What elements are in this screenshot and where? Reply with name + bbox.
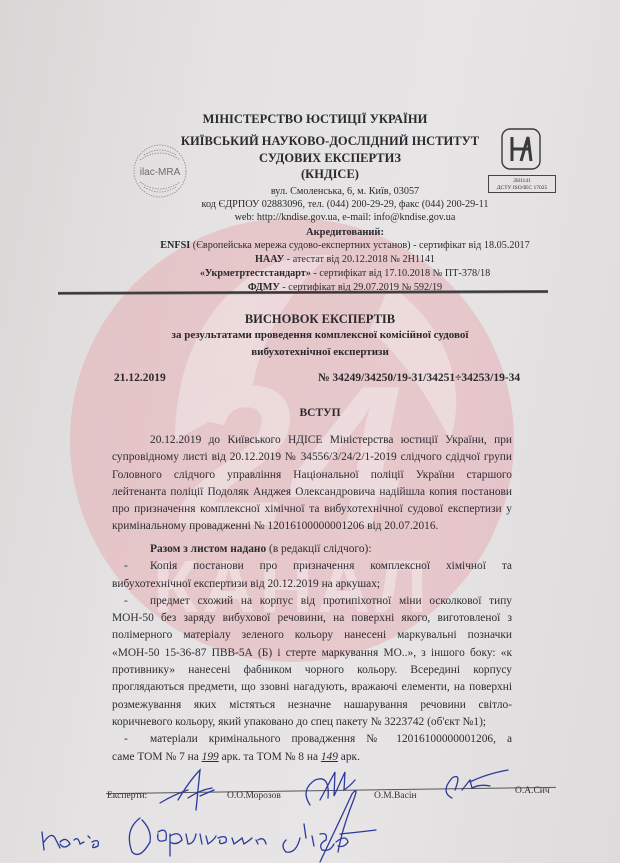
list-item-2-cont: противнику» нанесені фабником чорного ко… bbox=[112, 662, 512, 679]
list-item-2-cont: МОН-50 без заряду вибухової речовини, на… bbox=[112, 610, 512, 627]
svg-text:ilac-MRA: ilac-MRA bbox=[140, 167, 181, 178]
institute-name-line2: СУДОВИХ ЕКСПЕРТИЗ bbox=[160, 151, 500, 166]
list-item-1: -Копія постанови про призначення комплек… bbox=[112, 558, 512, 575]
attached-materials: Разом з листом надано (в редакції слідчо… bbox=[112, 541, 512, 766]
paragraph-line: 20.12.2019 до Київського НДІСЕ Міністерс… bbox=[112, 432, 512, 449]
list-item-2-cont: «МОН-50 15-36-87 ПВВ-5А (Б) і стерте мар… bbox=[112, 645, 512, 662]
list-item-3: -матеріали кримінального провадження № 1… bbox=[112, 731, 512, 748]
institute-abbreviation: (КНДІСЕ) bbox=[160, 167, 500, 182]
list-item-2-cont: розмежування яких містяться незначне наш… bbox=[112, 697, 512, 714]
list-item-2-cont: полімерного матеріалу зеленого кольору н… bbox=[112, 627, 512, 644]
conclusion-title: ВИСНОВОК ЕКСПЕРТІВ bbox=[120, 312, 520, 327]
paragraph-line: про призначення комплексної хімічної та … bbox=[112, 501, 512, 518]
ministry-name: МІНІСТЕРСТВО ЮСТИЦІЇ УКРАЇНИ bbox=[150, 112, 480, 127]
intro-heading: ВСТУП bbox=[120, 407, 520, 419]
accreditation-item: «Укрметртестстандарт» - сертифікат від 1… bbox=[110, 268, 580, 279]
intro-paragraph: 20.12.2019 до Київського НДІСЕ Міністерс… bbox=[112, 432, 512, 536]
list-item-2-cont: проглядаються предмети, що ззовні нагаду… bbox=[112, 679, 512, 696]
paragraph-line: супровідному листі від 20.12.2019 № 3455… bbox=[112, 449, 512, 466]
header-divider bbox=[58, 290, 548, 295]
conclusion-number: № 34249/34250/19-31/34251÷34253/19-34 bbox=[318, 372, 520, 384]
accreditation-item: НААУ - атестат від 20.12.2018 № 2Н1141 bbox=[110, 254, 580, 265]
accreditation-logo-icon bbox=[500, 127, 544, 173]
document-page: 24 КАНАЛ МІНІСТЕРСТВО ЮСТИЦІЇ УКРАЇНИ КИ… bbox=[0, 0, 620, 863]
handwritten-signatures-icon bbox=[0, 760, 620, 863]
attached-heading: Разом з листом надано (в редакції слідчо… bbox=[112, 541, 512, 558]
list-item-2-cont: коричневого кольору, який упаковано до с… bbox=[112, 714, 512, 731]
conclusion-subtitle-line1: за результатами проведення комплексної к… bbox=[100, 329, 540, 341]
accreditation-code: 2Н1141 bbox=[489, 178, 555, 185]
conclusion-date: 21.12.2019 bbox=[114, 372, 166, 384]
paragraph-line: лейтенанта поліції Подоляк Анджея Олекса… bbox=[112, 484, 512, 501]
contacts: код ЄДРПОУ 02883096, тел. (044) 200-29-2… bbox=[150, 199, 540, 210]
accreditation-item: ENFSI (Європейська мережа судово-експерт… bbox=[110, 240, 580, 251]
list-item-1-cont: вибухотехнічної експертизи від 20.12.201… bbox=[112, 576, 512, 593]
address: вул. Смоленська, 6, м. Київ, 03057 bbox=[150, 186, 540, 197]
institute-name-line1: КИЇВСЬКИЙ НАУКОВО-ДОСЛІДНИЙ ІНСТИТУТ bbox=[160, 134, 500, 149]
accreditation-title: Акредитований: bbox=[150, 227, 540, 238]
conclusion-subtitle-line2: вибухотехнічної експертизи bbox=[100, 346, 540, 358]
list-item-2: -предмет схожий на корпус від протипіхот… bbox=[112, 593, 512, 610]
paragraph-line: кримінальному провадженні № 120161000000… bbox=[112, 518, 512, 535]
web-contacts: web: http://kndise.gov.ua, e-mail: info@… bbox=[150, 212, 540, 223]
paragraph-line: Головного слідчого управління Національн… bbox=[112, 467, 512, 484]
